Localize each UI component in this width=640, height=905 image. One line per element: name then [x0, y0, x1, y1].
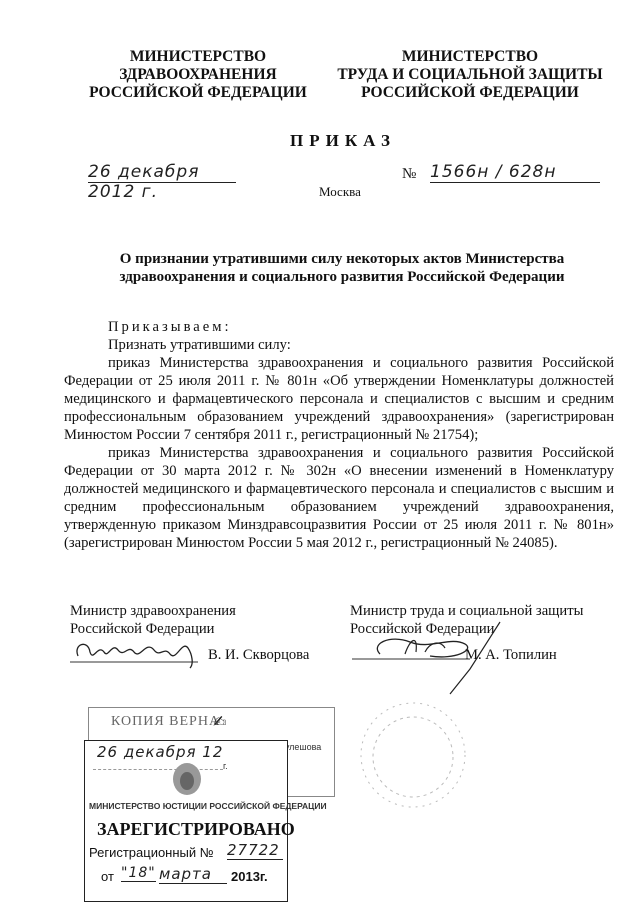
year-suffix: г.	[223, 761, 228, 771]
reg-number: 27722	[227, 841, 283, 860]
signature-block-health: Министр здравоохранения Российской Федер…	[70, 602, 330, 638]
header-line: МИНИСТЕРСТВО	[330, 48, 610, 66]
copy-signature: ✍	[213, 712, 227, 731]
ministry-labor-header: МИНИСТЕРСТВО ТРУДА И СОЦИАЛЬНОЙ ЗАЩИТЫ Р…	[330, 48, 610, 102]
registration-stamp: 26 декабря 12 г. МИНИСТЕРСТВО ЮСТИЦИИ РО…	[84, 740, 288, 902]
registered-status: ЗАРЕГИСТРИРОВАНО	[97, 819, 295, 840]
number-label: №	[402, 166, 416, 183]
ministry-health-header: МИНИСТЕРСТВО ЗДРАВООХРАНЕНИЯ РОССИЙСКОЙ …	[78, 48, 318, 102]
copy-label: КОПИЯ ВЕРНА	[111, 714, 220, 730]
document-type-title: ПРИКАЗ	[290, 131, 396, 151]
document-number: 1566н / 628н	[430, 162, 600, 183]
reg-date-prefix: от	[101, 869, 114, 884]
header-line: РОССИЙСКОЙ ФЕДЕРАЦИИ	[78, 84, 318, 102]
subject-line: здравоохранения и социального развития Р…	[82, 268, 602, 286]
header-line: РОССИЙСКОЙ ФЕДЕРАЦИИ	[330, 84, 610, 102]
faint-seal-icon	[355, 695, 475, 810]
document-date: 26 декабря 2012 г.	[88, 162, 236, 183]
signatory-position: Министр здравоохранения	[70, 602, 330, 620]
justice-ministry-label: МИНИСТЕРСТВО ЮСТИЦИИ РОССИЙСКОЙ ФЕДЕРАЦИ…	[89, 801, 327, 811]
document-subject: О признании утратившими силу некоторых а…	[82, 250, 602, 286]
reg-year: 2013г.	[231, 869, 268, 884]
reg-number-label: Регистрационный №	[89, 845, 214, 860]
repealed-order-item: приказ Министерства здравоохранения и со…	[64, 354, 614, 444]
order-word: Приказываем:	[64, 318, 614, 336]
recognize-invalid-line: Признать утратившими силу:	[64, 336, 614, 354]
signatory-name: В. И. Скворцова	[208, 646, 309, 664]
handwritten-signature-icon	[68, 634, 208, 674]
subject-line: О признании утратившими силу некоторых а…	[82, 250, 602, 268]
header-line: МИНИСТЕРСТВО	[78, 48, 318, 66]
repealed-order-item: приказ Министерства здравоохранения и со…	[64, 444, 614, 552]
coat-of-arms-icon	[167, 759, 207, 799]
reg-day: "18"	[121, 865, 156, 882]
city-label: Москва	[319, 184, 361, 200]
header-line: ЗДРАВООХРАНЕНИЯ	[78, 66, 318, 84]
signatory-name: М. А. Топилин	[465, 646, 557, 664]
document-body: Приказываем: Признать утратившими силу: …	[64, 318, 614, 552]
header-line: ТРУДА И СОЦИАЛЬНОЙ ЗАЩИТЫ	[330, 66, 610, 84]
reg-month: марта	[159, 865, 227, 884]
